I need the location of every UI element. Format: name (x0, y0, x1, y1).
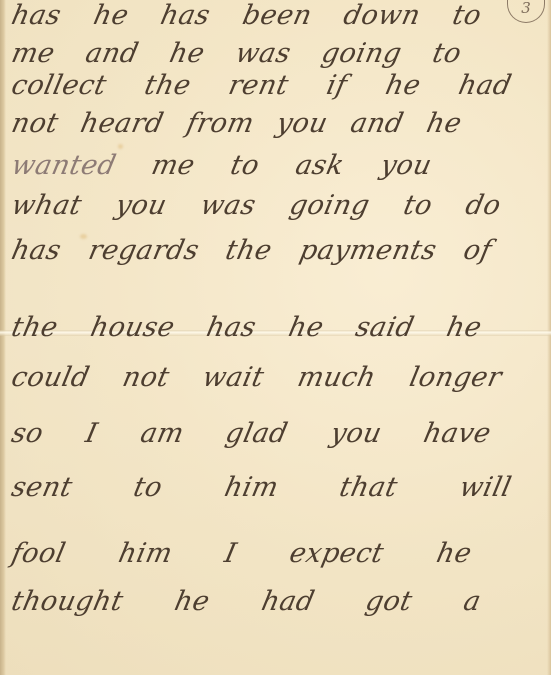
handwritten-word: not (120, 362, 173, 393)
handwritten-word: he (433, 538, 474, 569)
letter-page: 3 hashehasbeendowntomeandhewasgoingtocol… (0, 0, 551, 675)
handwritten-word: has (204, 312, 259, 343)
handwritten-word: I (222, 538, 240, 569)
handwritten-word: am (137, 418, 186, 449)
handwritten-word: from (184, 108, 257, 139)
handwritten-word: you (377, 150, 434, 181)
handwritten-word: what (9, 190, 85, 221)
handwritten-word: him (115, 538, 175, 569)
handwritten-word: to (228, 150, 263, 181)
handwritten-word: if (324, 70, 350, 101)
handwritten-word: that (337, 472, 401, 503)
handwritten-word: ask (293, 150, 347, 181)
text-line: thehousehashesaidhe (12, 312, 481, 343)
handwritten-word: the (223, 235, 275, 266)
handwritten-word: thought (9, 586, 127, 617)
handwritten-word: sent (9, 472, 76, 503)
handwritten-word: the (9, 312, 61, 343)
text-line: whatyouwasgoingtodo (12, 190, 501, 221)
handwritten-word: he (443, 312, 484, 343)
handwritten-word: going (287, 190, 373, 221)
handwritten-word: he (382, 70, 423, 101)
text-line: soIamgladyouhave (12, 418, 491, 449)
handwritten-word: not (9, 108, 62, 139)
text-line: thoughthehadgota (12, 586, 481, 617)
handwritten-word: could (9, 362, 93, 393)
handwritten-word: had (455, 70, 514, 101)
text-line: hasregardsthepaymentsof (12, 235, 491, 266)
handwritten-word: I (83, 418, 101, 449)
handwritten-word: house (87, 312, 177, 343)
handwritten-word: wait (200, 362, 267, 393)
text-line: wantedmetoaskyou (12, 150, 431, 181)
handwritten-word: down (341, 0, 424, 31)
handwritten-word: been (239, 0, 314, 31)
handwritten-word: going (319, 38, 405, 69)
handwritten-word: payments (296, 235, 439, 266)
handwritten-word: a (461, 586, 484, 617)
handwritten-word: wanted (9, 150, 119, 181)
text-line: notheardfromyouandhe (12, 108, 461, 139)
handwritten-word: will (457, 472, 515, 503)
handwritten-word: you (113, 190, 170, 221)
handwritten-word: collect (9, 70, 110, 101)
handwritten-word: so (9, 418, 47, 449)
text-line: hashehasbeendownto (12, 0, 481, 31)
handwritten-word: he (172, 586, 213, 617)
handwritten-word: much (295, 362, 379, 393)
paper-right-edge (547, 0, 551, 675)
text-line: foolhimIexpecthe (12, 538, 471, 569)
handwritten-word: has (9, 0, 64, 31)
text-line: collecttherentifhehad (12, 70, 511, 101)
handwritten-word: have (421, 418, 494, 449)
ink-stain (118, 144, 123, 149)
handwritten-word: has (9, 235, 64, 266)
handwritten-word: to (450, 0, 485, 31)
handwritten-word: got (363, 586, 415, 617)
handwritten-word: you (327, 418, 384, 449)
text-line: couldnotwaitmuchlonger (12, 362, 501, 393)
handwritten-word: and (348, 108, 407, 139)
handwritten-word: heard (78, 108, 167, 139)
handwritten-word: and (83, 38, 142, 69)
handwritten-word: he (285, 312, 326, 343)
handwritten-word: longer (406, 362, 504, 393)
handwritten-word: he (167, 38, 208, 69)
handwritten-word: was (233, 38, 294, 69)
text-line: meandhewasgoingto (12, 38, 461, 69)
page-number: 3 (507, 0, 545, 23)
handwritten-word: expect (286, 538, 386, 569)
handwritten-word: was (198, 190, 259, 221)
handwritten-word: fool (9, 538, 69, 569)
handwritten-word: regards (85, 235, 201, 266)
handwritten-word: of (460, 235, 494, 266)
handwritten-word: him (222, 472, 282, 503)
handwritten-word: said (353, 312, 417, 343)
handwritten-word: glad (223, 418, 291, 449)
handwritten-word: the (142, 70, 194, 101)
handwritten-word: rent (226, 70, 292, 101)
handwritten-word: do (463, 190, 504, 221)
paper-left-edge (0, 0, 6, 675)
handwritten-word: to (401, 190, 436, 221)
handwritten-word: had (258, 586, 317, 617)
handwritten-word: has (158, 0, 213, 31)
handwritten-word: to (430, 38, 465, 69)
handwritten-word: he (90, 0, 131, 31)
handwritten-word: me (149, 150, 198, 181)
text-line: senttohimthatwill (12, 472, 511, 503)
handwritten-word: he (423, 108, 464, 139)
handwritten-word: me (9, 38, 58, 69)
handwritten-word: you (274, 108, 331, 139)
handwritten-word: to (131, 472, 166, 503)
